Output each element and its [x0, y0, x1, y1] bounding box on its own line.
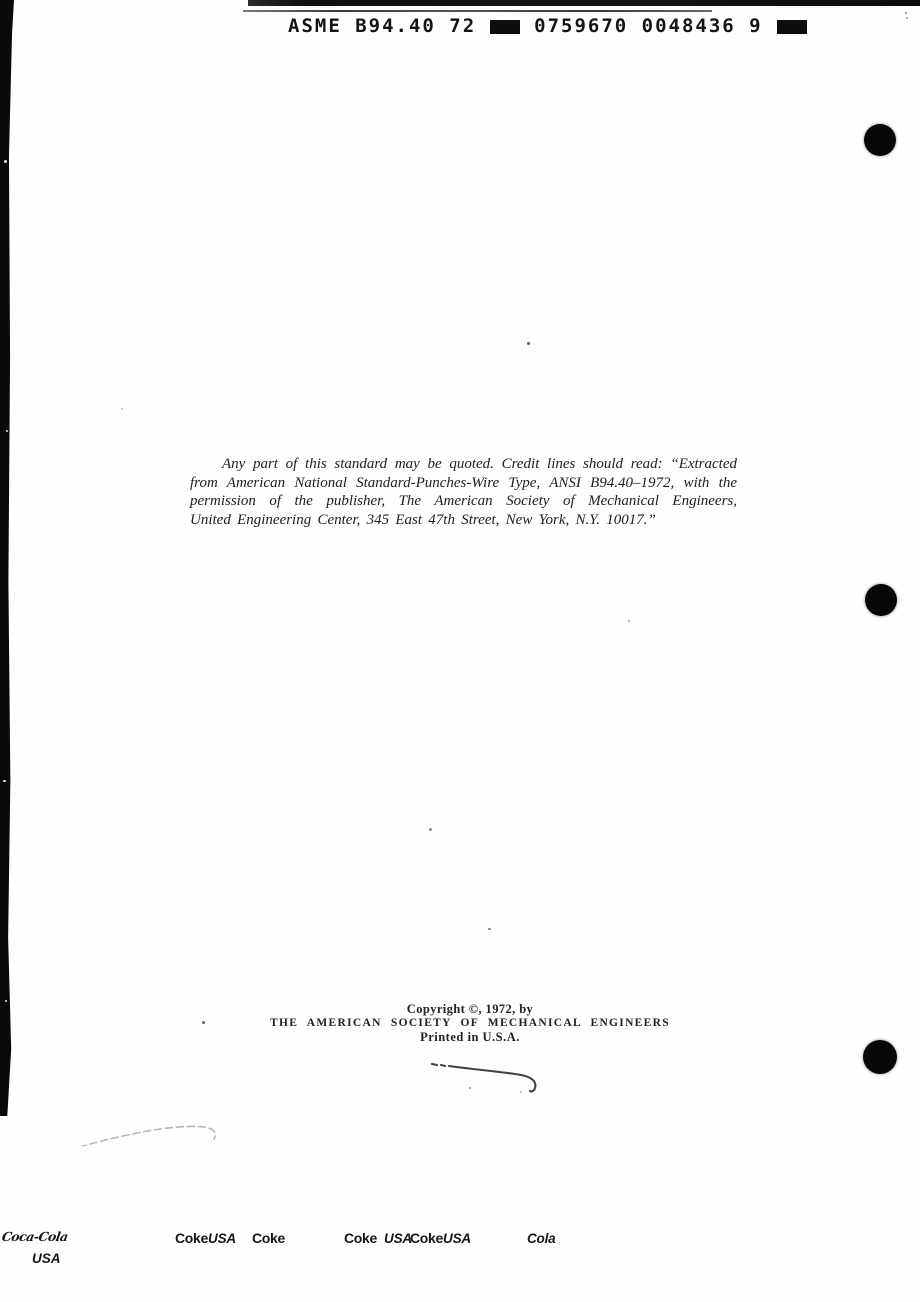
quote-line-1: Any part of this standard may be quoted.… [190, 455, 737, 474]
document-code: 0759670 0048436 9 [534, 15, 762, 37]
quote-line-3: permission of the publisher, The America… [190, 492, 737, 511]
usa-watermark: USA [32, 1251, 61, 1266]
scan-fleck [4, 160, 7, 163]
usa-label: USA [384, 1231, 412, 1246]
binder-hole-mark-2 [865, 584, 897, 616]
scan-speck [488, 928, 491, 930]
binder-hole-mark-3 [863, 1040, 897, 1074]
coke-watermark: Coke [252, 1230, 285, 1246]
scan-speck [906, 17, 908, 19]
pen-stroke-mark [425, 1055, 555, 1100]
coke-label: Coke [344, 1230, 377, 1246]
scan-speck [628, 620, 630, 622]
filled-block-icon [490, 20, 520, 34]
coca-cola-script-watermark: Coca-Cola [1, 1229, 69, 1244]
cola-label: Cola [527, 1231, 555, 1246]
scan-fleck [3, 780, 6, 782]
printed-in-line: Printed in U.S.A. [240, 1031, 700, 1044]
coke-usa-watermark: CokeUSA [344, 1230, 412, 1246]
coke-label: Coke [410, 1230, 443, 1246]
coke-usa-watermark: CokeUSA [410, 1230, 471, 1246]
quote-line-2: from American National Standard-Punches-… [190, 474, 737, 493]
coke-label: Coke [252, 1230, 285, 1246]
usa-label: USA [443, 1231, 471, 1246]
scan-fleck [5, 1000, 7, 1002]
scan-speck [905, 12, 907, 14]
scan-fleck [6, 430, 8, 432]
scanned-document-page: ASME B94.40 72 0759670 0048436 9 Any par… [0, 0, 920, 1302]
copyright-publisher: THE AMERICAN SOCIETY OF MECHANICAL ENGIN… [240, 1017, 700, 1030]
copyright-block: Copyright ©, 1972, by THE AMERICAN SOCIE… [240, 1002, 700, 1044]
quote-line-4: United Engineering Center, 345 East 47th… [190, 511, 737, 530]
coke-usa-watermark: CokeUSA [175, 1230, 236, 1246]
scan-edge-artifact [0, 0, 14, 1116]
scan-speck [121, 408, 123, 410]
quotation-notice: Any part of this standard may be quoted.… [190, 455, 737, 529]
faint-curve-mark [78, 1116, 230, 1152]
scan-speck [429, 828, 432, 831]
scan-speck [202, 1021, 205, 1024]
binder-hole-mark-1 [864, 124, 896, 156]
usa-label: USA [208, 1231, 236, 1246]
scan-speck [527, 342, 530, 345]
copyright-line: Copyright ©, 1972, by [240, 1002, 700, 1016]
top-rule-thin [243, 10, 712, 12]
filled-block-icon [777, 20, 807, 34]
top-rule-thick [248, 0, 920, 6]
standard-number: ASME B94.40 72 [288, 15, 476, 37]
coke-label: Coke [175, 1230, 208, 1246]
standard-header: ASME B94.40 72 0759670 0048436 9 [288, 15, 807, 37]
cola-watermark: Cola [527, 1230, 555, 1246]
